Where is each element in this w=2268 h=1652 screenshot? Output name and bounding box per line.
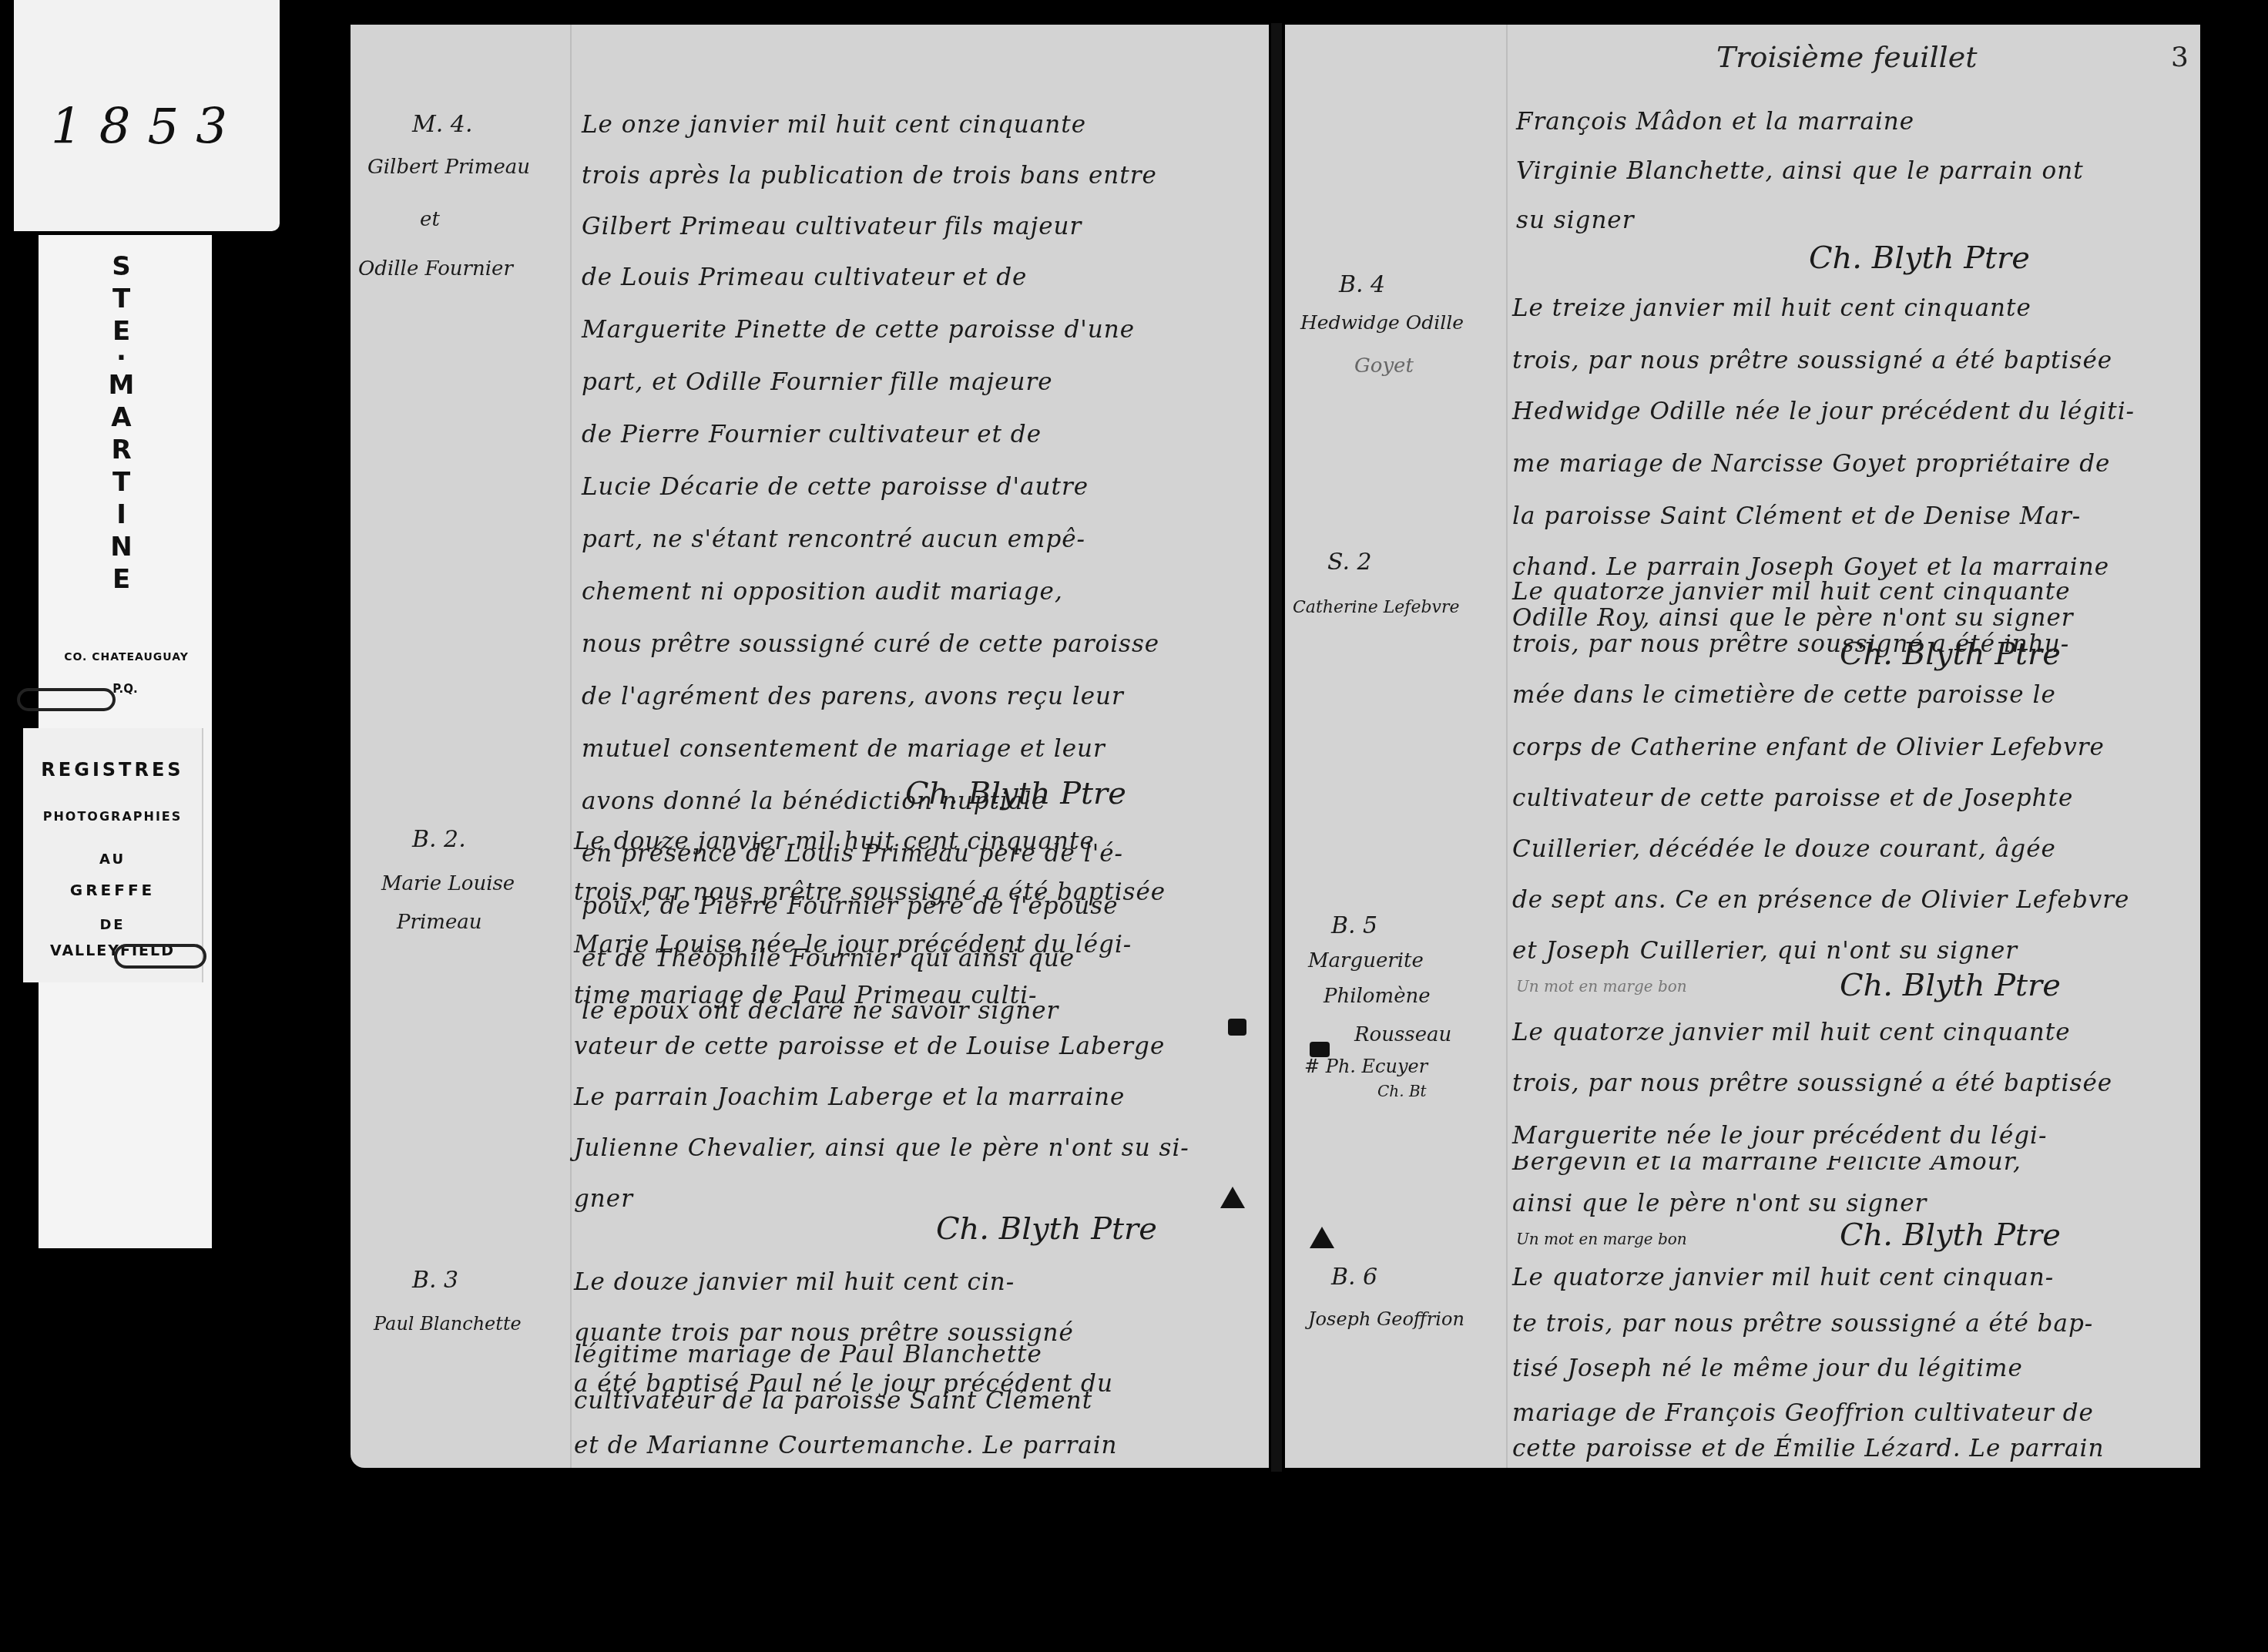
marginal-approval-note: Un mot en marge bon bbox=[1516, 977, 1687, 996]
tack-mark-icon bbox=[1220, 1187, 1245, 1208]
entry-name: Marguerite bbox=[1308, 949, 1424, 972]
entry-line: mée dans le cimetière de cette paroisse … bbox=[1512, 681, 2056, 709]
entry-line: Le douze janvier mil huit cent cin- bbox=[574, 1268, 1015, 1296]
parish-name-vertical: S T E · M A R T I N E bbox=[39, 250, 212, 596]
register-page-left-lower: Ch. Blyth Ptre B. 2. Marie Louise Primea… bbox=[351, 25, 1269, 1468]
parish-letter: A bbox=[31, 401, 212, 434]
entry-number: B. 5 bbox=[1331, 912, 1377, 939]
parish-letter: T bbox=[31, 466, 212, 499]
archive-line: AU bbox=[23, 851, 202, 868]
entry-name: Primeau bbox=[397, 911, 482, 934]
parish-letter: I bbox=[31, 499, 212, 531]
entry-line: et Joseph Cuillerier, qui n'ont su signe… bbox=[1512, 937, 2018, 965]
entry-number: B. 6 bbox=[1331, 1264, 1377, 1291]
entry-line: et de Marianne Courtemanche. Le parrain bbox=[574, 1432, 1118, 1459]
paper-clip-icon bbox=[17, 688, 116, 711]
archive-line: GREFFE bbox=[23, 881, 202, 899]
entry-line: vateur de cette paroisse et de Louise La… bbox=[574, 1032, 1165, 1060]
entry-line: cultivateur de la paroisse Saint Clément bbox=[574, 1387, 1092, 1415]
entry-line: tisé Joseph né le même jour du légitime bbox=[1512, 1355, 2023, 1382]
register-page-right-bottom: Bergevin et la marraine Félicité Amour, … bbox=[1285, 1156, 2200, 1468]
margin-rule bbox=[1506, 1156, 1508, 1468]
entry-line: Le quatorze janvier mil huit cent cinqua… bbox=[1512, 1264, 2054, 1291]
parish-letter: M bbox=[31, 369, 212, 401]
parish-letter: N bbox=[31, 531, 212, 563]
entry-line: Julienne Chevalier, ainsi que le père n'… bbox=[574, 1134, 1189, 1162]
archive-line: PHOTOGRAPHIES bbox=[23, 809, 202, 824]
entry-name: Marie Louise bbox=[381, 872, 515, 895]
ink-blot bbox=[1228, 1019, 1246, 1036]
entry-name: Paul Blanchette bbox=[374, 1313, 522, 1335]
entry-name: Joseph Geoffrion bbox=[1308, 1308, 1464, 1330]
entry-line: de sept ans. Ce en présence de Olivier L… bbox=[1512, 886, 2129, 914]
entry-line: corps de Catherine enfant de Olivier Lef… bbox=[1512, 734, 2105, 761]
priest-signature: Ch. Blyth Ptre bbox=[1840, 1217, 2061, 1253]
entry-line: Bergevin et la marraine Félicité Amour, bbox=[1512, 1156, 2021, 1176]
ink-blot bbox=[1310, 1042, 1330, 1057]
parish-letter: S bbox=[31, 250, 212, 283]
entry-line: Le quatorze janvier mil huit cent cinqua… bbox=[1512, 1019, 2071, 1046]
archive-line: DE bbox=[23, 917, 202, 933]
parish-letter: · bbox=[31, 348, 212, 369]
entry-line: ainsi que le père n'ont su signer bbox=[1512, 1190, 1927, 1217]
entry-line: Le parrain Joachim Laberge et la marrain… bbox=[574, 1083, 1125, 1111]
entry-name: Philomène bbox=[1324, 985, 1431, 1008]
entry-line: te trois, par nous prêtre soussigné a ét… bbox=[1512, 1310, 2093, 1338]
paper-clip-icon bbox=[114, 944, 206, 969]
marginal-note: Ch. Bt bbox=[1377, 1082, 1427, 1100]
entry-line: cette paroisse et de Émilie Lézard. Le p… bbox=[1512, 1435, 2104, 1462]
entry-line: gner bbox=[574, 1185, 633, 1213]
priest-signature: Ch. Blyth Ptre bbox=[1840, 968, 2061, 1003]
book-binding bbox=[1271, 23, 1282, 1472]
parish-letter: R bbox=[31, 434, 212, 466]
register-page-left-bottom: légitime mariage de Paul Blanchette cult… bbox=[574, 1341, 1267, 1468]
marginal-note: # Ph. Ecuyer bbox=[1304, 1056, 1428, 1077]
year-label: 1853 bbox=[51, 99, 244, 156]
entry-line: Marie Louise née le jour précédent du lé… bbox=[574, 931, 1132, 959]
entry-line: Le douze janvier mil huit cent cinquante bbox=[574, 828, 1095, 855]
tack-mark-icon bbox=[1310, 1227, 1334, 1248]
priest-signature: Ch. Blyth Ptre bbox=[936, 1211, 1157, 1247]
entry-line: trois, par nous prêtre soussigné a été b… bbox=[1512, 1069, 2112, 1097]
archive-line: REGISTRES bbox=[23, 759, 202, 781]
entry-line: cultivateur de cette paroisse et de Jose… bbox=[1512, 784, 2073, 812]
entry-number: B. 3 bbox=[412, 1267, 458, 1294]
entry-name: Rousseau bbox=[1354, 1023, 1451, 1046]
entry-line: Cuillerier, décédée le douze courant, âg… bbox=[1512, 835, 2056, 863]
priest-signature: Ch. Blyth Ptre bbox=[905, 776, 1126, 811]
entry-line: Marguerite née le jour précédent du légi… bbox=[1512, 1122, 2047, 1150]
county-label: CO. CHATEAUGUAY bbox=[34, 651, 219, 663]
entry-line: trois, par nous prêtre soussigné a été i… bbox=[1512, 630, 2069, 658]
marginal-approval-note: Un mot en marge bon bbox=[1516, 1230, 1687, 1248]
entry-line: time mariage de Paul Primeau culti- bbox=[574, 982, 1038, 1009]
entry-line: trois par nous prêtre soussigné a été ba… bbox=[574, 878, 1166, 906]
entry-line: Le quatorze janvier mil huit cent cinqua… bbox=[1512, 578, 2071, 606]
entry-line: mariage de François Geoffrion cultivateu… bbox=[1512, 1399, 2094, 1427]
parish-letter: E bbox=[31, 563, 212, 596]
year-label-card: 1853 bbox=[14, 0, 280, 231]
entry-line: légitime mariage de Paul Blanchette bbox=[574, 1341, 1042, 1368]
entry-number: B. 2. bbox=[412, 826, 466, 853]
parish-letter: T bbox=[31, 283, 212, 315]
